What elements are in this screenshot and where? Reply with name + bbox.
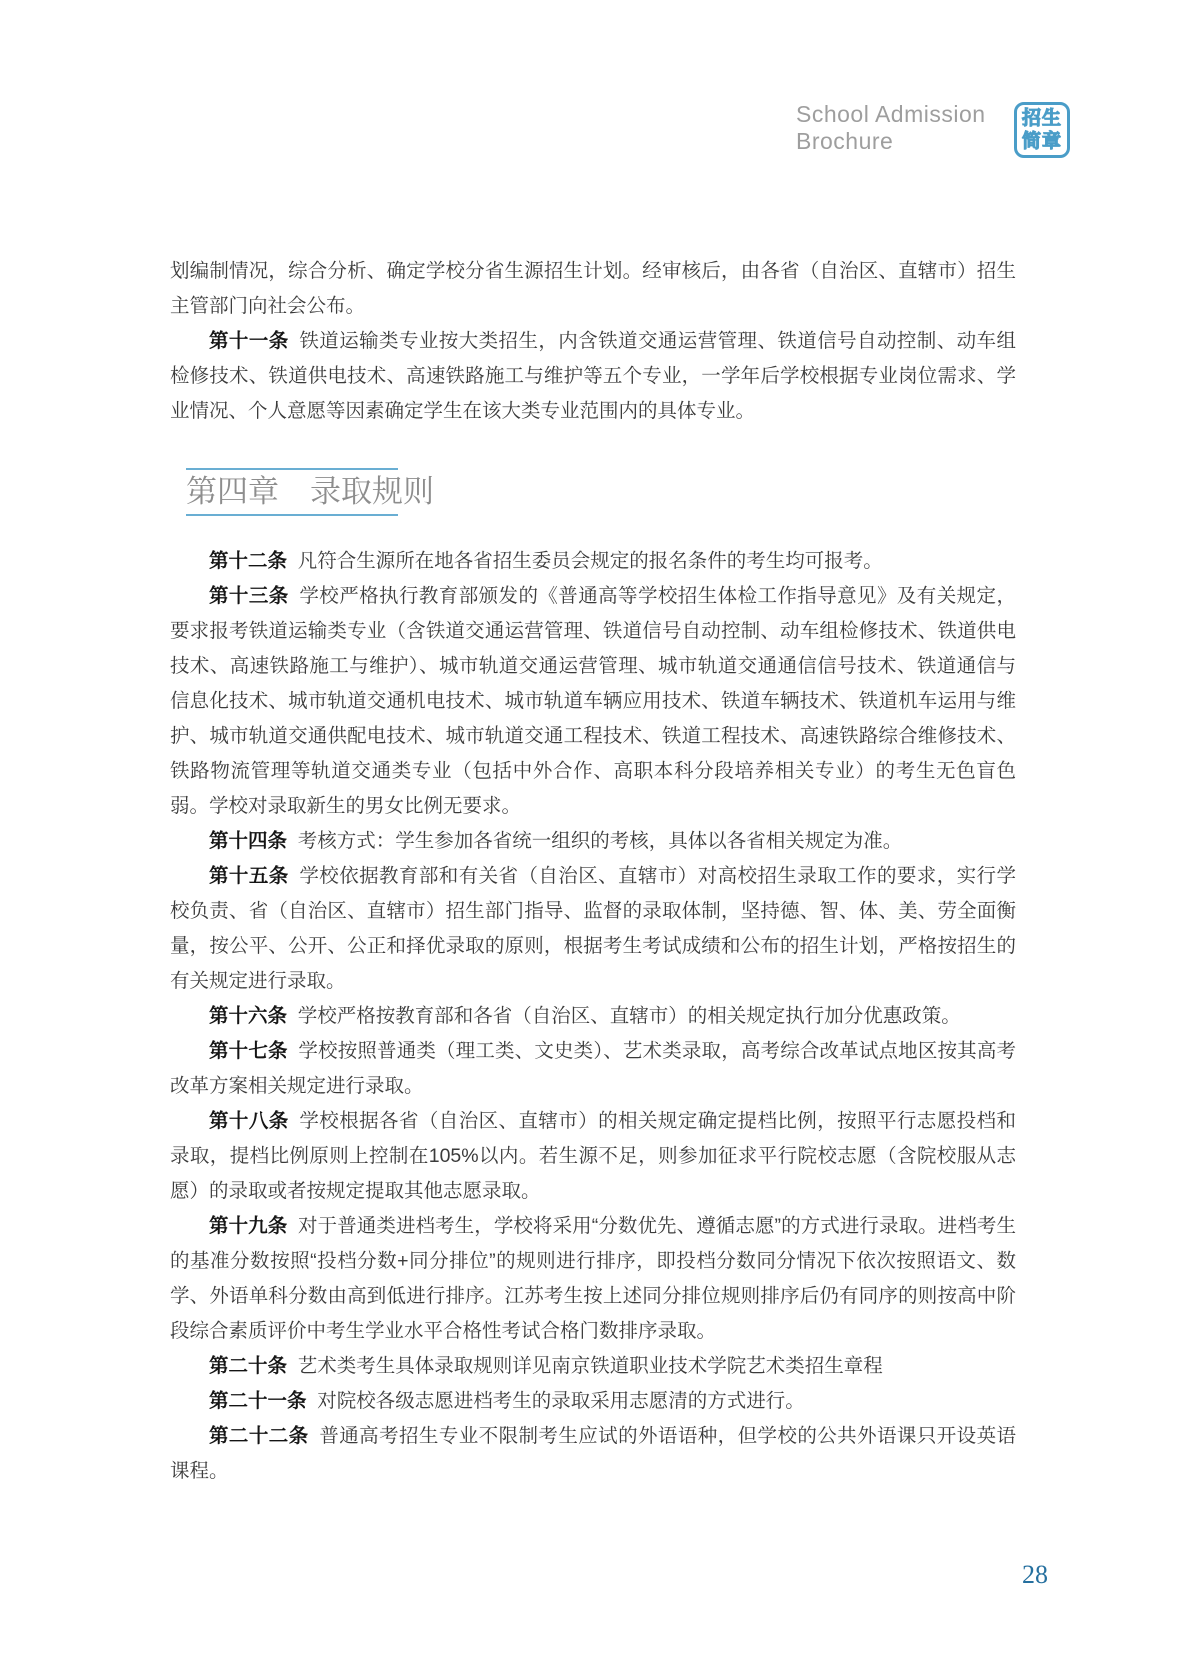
article-term: 第十三条 [209, 585, 289, 607]
article-term: 第十四条 [209, 830, 287, 852]
article-text: 考核方式：学生参加各省统一组织的考核，具体以各省相关规定为准。 [298, 830, 903, 852]
logo-text-bottom: 简章 [1022, 130, 1062, 153]
paragraph-article-18: 第十八条学校根据各省（自治区、直辖市）的相关规定确定提档比例，按照平行志愿投档和… [170, 1104, 1016, 1209]
paragraph-article-12: 第十二条凡符合生源所在地各省招生委员会规定的报名条件的考生均可报考。 [170, 544, 1016, 579]
article-text: 学校依据教育部和有关省（自治区、直辖市）对高校招生录取工作的要求，实行学校负责、… [170, 865, 1016, 992]
paragraph-continuation: 划编制情况，综合分析、确定学校分省生源招生计划。经审核后，由各省（自治区、直辖市… [170, 254, 1016, 324]
brochure-title-line1: School Admission [796, 101, 986, 128]
article-term: 第二十二条 [209, 1425, 309, 1447]
article-text: 学校严格按教育部和各省（自治区、直辖市）的相关规定执行加分优惠政策。 [298, 1005, 961, 1027]
document-page: School Admission Brochure 招生 简章 划编制情况，综合… [0, 0, 1184, 1676]
paragraph-article-21: 第二十一条对院校各级志愿进档考生的录取采用志愿清的方式进行。 [170, 1384, 1016, 1419]
brochure-logo: 招生 简章 [1014, 102, 1070, 158]
articles-section: 第十二条凡符合生源所在地各省招生委员会规定的报名条件的考生均可报考。 第十三条学… [170, 544, 1016, 1489]
article-text: 对院校各级志愿进档考生的录取采用志愿清的方式进行。 [317, 1390, 805, 1412]
paragraph-article-11: 第十一条铁道运输类专业按大类招生，内含铁道交通运营管理、铁道信号自动控制、动车组… [170, 324, 1016, 429]
page-number: 28 [1022, 1560, 1048, 1590]
logo-text-top: 招生 [1022, 107, 1062, 130]
article-term: 第十五条 [209, 865, 289, 887]
article-text: 学校按照普通类（理工类、文史类）、艺术类录取，高考综合改革试点地区按其高考改革方… [170, 1040, 1016, 1097]
article-text: 艺术类考生具体录取规则详见南京铁道职业技术学院艺术类招生章程 [298, 1355, 883, 1377]
article-term: 第十七条 [209, 1040, 288, 1062]
article-text: 铁道运输类专业按大类招生，内含铁道交通运营管理、铁道信号自动控制、动车组检修技术… [170, 330, 1016, 422]
article-term: 第十八条 [209, 1110, 289, 1132]
chapter-heading: 第四章 录取规则 [186, 468, 434, 516]
brochure-title-line2: Brochure [796, 128, 986, 155]
intro-section: 划编制情况，综合分析、确定学校分省生源招生计划。经审核后，由各省（自治区、直辖市… [170, 254, 1016, 429]
article-text: 对于普通类进档考生，学校将采用“分数优先、遵循志愿”的方式进行录取。进档考生的基… [170, 1215, 1016, 1342]
article-term: 第二十一条 [209, 1390, 307, 1412]
paragraph-article-13: 第十三条学校严格执行教育部颁发的《普通高等学校招生体检工作指导意见》及有关规定，… [170, 579, 1016, 824]
divider-line-bottom [186, 514, 398, 516]
paragraph-article-17: 第十七条学校按照普通类（理工类、文史类）、艺术类录取，高考综合改革试点地区按其高… [170, 1034, 1016, 1104]
paragraph-article-22: 第二十二条普通高考招生专业不限制考生应试的外语语种，但学校的公共外语课只开设英语… [170, 1419, 1016, 1489]
paragraph-article-19: 第十九条对于普通类进档考生，学校将采用“分数优先、遵循志愿”的方式进行录取。进档… [170, 1209, 1016, 1349]
article-text: 学校根据各省（自治区、直辖市）的相关规定确定提档比例，按照平行志愿投档和录取，提… [170, 1110, 1016, 1202]
article-term: 第十六条 [209, 1005, 287, 1027]
paragraph-article-16: 第十六条学校严格按教育部和各省（自治区、直辖市）的相关规定执行加分优惠政策。 [170, 999, 1016, 1034]
article-term: 第十九条 [209, 1215, 287, 1237]
article-text: 凡符合生源所在地各省招生委员会规定的报名条件的考生均可报考。 [298, 550, 883, 572]
paragraph-article-15: 第十五条学校依据教育部和有关省（自治区、直辖市）对高校招生录取工作的要求，实行学… [170, 859, 1016, 999]
brochure-title-en: School Admission Brochure [796, 101, 986, 155]
paragraph-article-20: 第二十条艺术类考生具体录取规则详见南京铁道职业技术学院艺术类招生章程 [170, 1349, 1016, 1384]
chapter-title: 第四章 录取规则 [186, 470, 434, 514]
article-text: 学校严格执行教育部颁发的《普通高等学校招生体检工作指导意见》及有关规定，要求报考… [170, 585, 1016, 817]
article-term: 第二十条 [209, 1355, 287, 1377]
article-text: 划编制情况，综合分析、确定学校分省生源招生计划。经审核后，由各省（自治区、直辖市… [170, 260, 1016, 317]
article-term: 第十二条 [209, 550, 287, 572]
paragraph-article-14: 第十四条考核方式：学生参加各省统一组织的考核，具体以各省相关规定为准。 [170, 824, 1016, 859]
article-term: 第十一条 [209, 330, 289, 352]
